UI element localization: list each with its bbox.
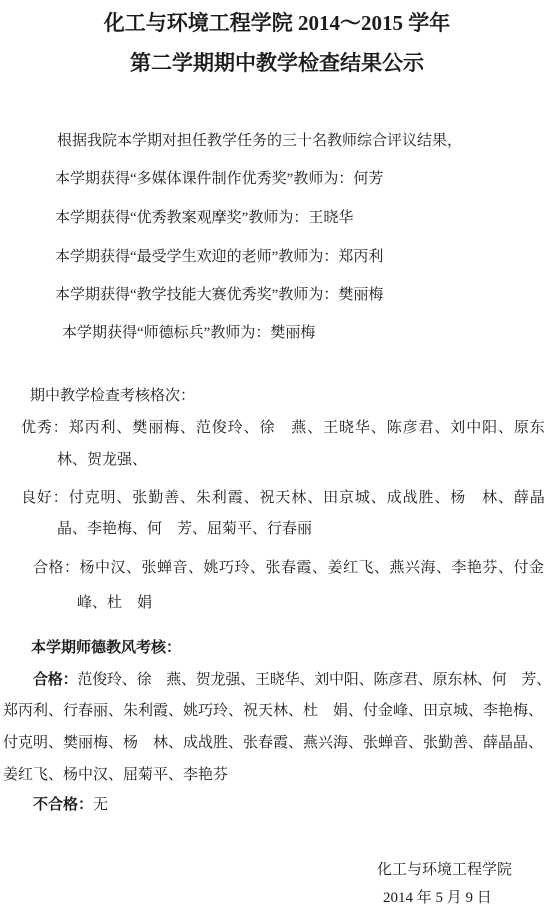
pass-grade-names-line2: 峰、杜 娟 bbox=[77, 594, 152, 612]
excellent-grade-names-line2: 林、贺龙强、 bbox=[57, 451, 147, 469]
award-multimedia-courseware-line: 本学期获得“多媒体课件制作优秀奖”教师为：何芳 bbox=[55, 170, 383, 188]
ethics-assessment-heading: 本学期师德教风考核： bbox=[31, 639, 181, 657]
signature-date: 2014 年 5 月 9 日 bbox=[383, 889, 492, 907]
midterm-assessment-heading: 期中教学检查考核格次： bbox=[30, 387, 195, 405]
pass-grade-label: 合格： bbox=[33, 560, 80, 576]
ethics-pass-names-line4: 姜红飞、杨中汉、屈菊平、李艳芬 bbox=[3, 766, 228, 784]
page-title-line2: 第二学期期中教学检查结果公示 bbox=[0, 51, 554, 76]
pass-grade-names-line1: 杨中汉、张蝉音、姚巧玲、张春霞、姜红飞、燕兴海、李艳芬、付金 bbox=[80, 560, 545, 576]
ethics-pass-line1: 合格：范俊玲、徐 燕、贺龙强、王晓华、刘中阳、陈彦君、原东林、何 芳、 bbox=[33, 671, 551, 689]
award-excellent-lesson-plan-line: 本学期获得“优秀教案观摩奖”教师为：王晓华 bbox=[55, 209, 353, 227]
intro-paragraph: 根据我院本学期对担任教学任务的三十名教师综合评议结果， bbox=[57, 132, 462, 150]
ethics-pass-names-line2: 郑丙利、行春丽、朱利霞、姚巧玲、祝天林、杜 娟、付金峰、田京城、李艳梅、 bbox=[3, 702, 543, 720]
ethics-pass-names-line1: 范俊玲、徐 燕、贺龙强、王晓华、刘中阳、陈彦君、原东林、何 芳、 bbox=[77, 672, 551, 688]
good-grade-label: 良好： bbox=[21, 490, 69, 506]
ethics-fail-line: 不合格：无 bbox=[33, 796, 108, 814]
good-grade-line1: 良好：付克明、张勤善、朱利霞、祝天林、田京城、成战胜、杨 林、薛晶 bbox=[21, 489, 546, 507]
good-grade-names-line2: 晶、李艳梅、何 芳、屈菊平、行春丽 bbox=[57, 520, 312, 538]
ethics-pass-names-line3: 付克明、樊丽梅、杨 林、成战胜、张春霞、燕兴海、张蝉音、张勤善、薛晶晶、 bbox=[3, 734, 543, 752]
announcement-document: 化工与环境工程学院 2014～2015 学年 第二学期期中教学检查结果公示 根据… bbox=[0, 0, 554, 912]
page-title-line1: 化工与环境工程学院 2014～2015 学年 bbox=[0, 11, 554, 36]
signature-org: 化工与环境工程学院 bbox=[377, 861, 512, 879]
good-grade-names-line1: 付克明、张勤善、朱利霞、祝天林、田京城、成战胜、杨 林、薛晶 bbox=[69, 490, 546, 506]
ethics-fail-label: 不合格： bbox=[33, 797, 93, 813]
award-teaching-skill-contest-line: 本学期获得“教学技能大赛优秀奖”教师为：樊丽梅 bbox=[55, 286, 383, 304]
pass-grade-line1: 合格：杨中汉、张蝉音、姚巧玲、张春霞、姜红飞、燕兴海、李艳芬、付金 bbox=[33, 559, 545, 577]
award-ethics-model-line: 本学期获得“师德标兵”教师为：樊丽梅 bbox=[62, 324, 315, 342]
excellent-grade-label: 优秀： bbox=[21, 420, 69, 436]
ethics-fail-value: 无 bbox=[93, 797, 108, 813]
excellent-grade-names-line1: 郑丙利、樊丽梅、范俊玲、徐 燕、王晓华、陈彦君、刘中阳、原东 bbox=[69, 420, 546, 436]
excellent-grade-line1: 优秀：郑丙利、樊丽梅、范俊玲、徐 燕、王晓华、陈彦君、刘中阳、原东 bbox=[21, 419, 546, 437]
ethics-pass-label: 合格： bbox=[33, 672, 77, 688]
award-most-popular-teacher-line: 本学期获得“最受学生欢迎的老师”教师为：郑丙利 bbox=[55, 248, 383, 266]
